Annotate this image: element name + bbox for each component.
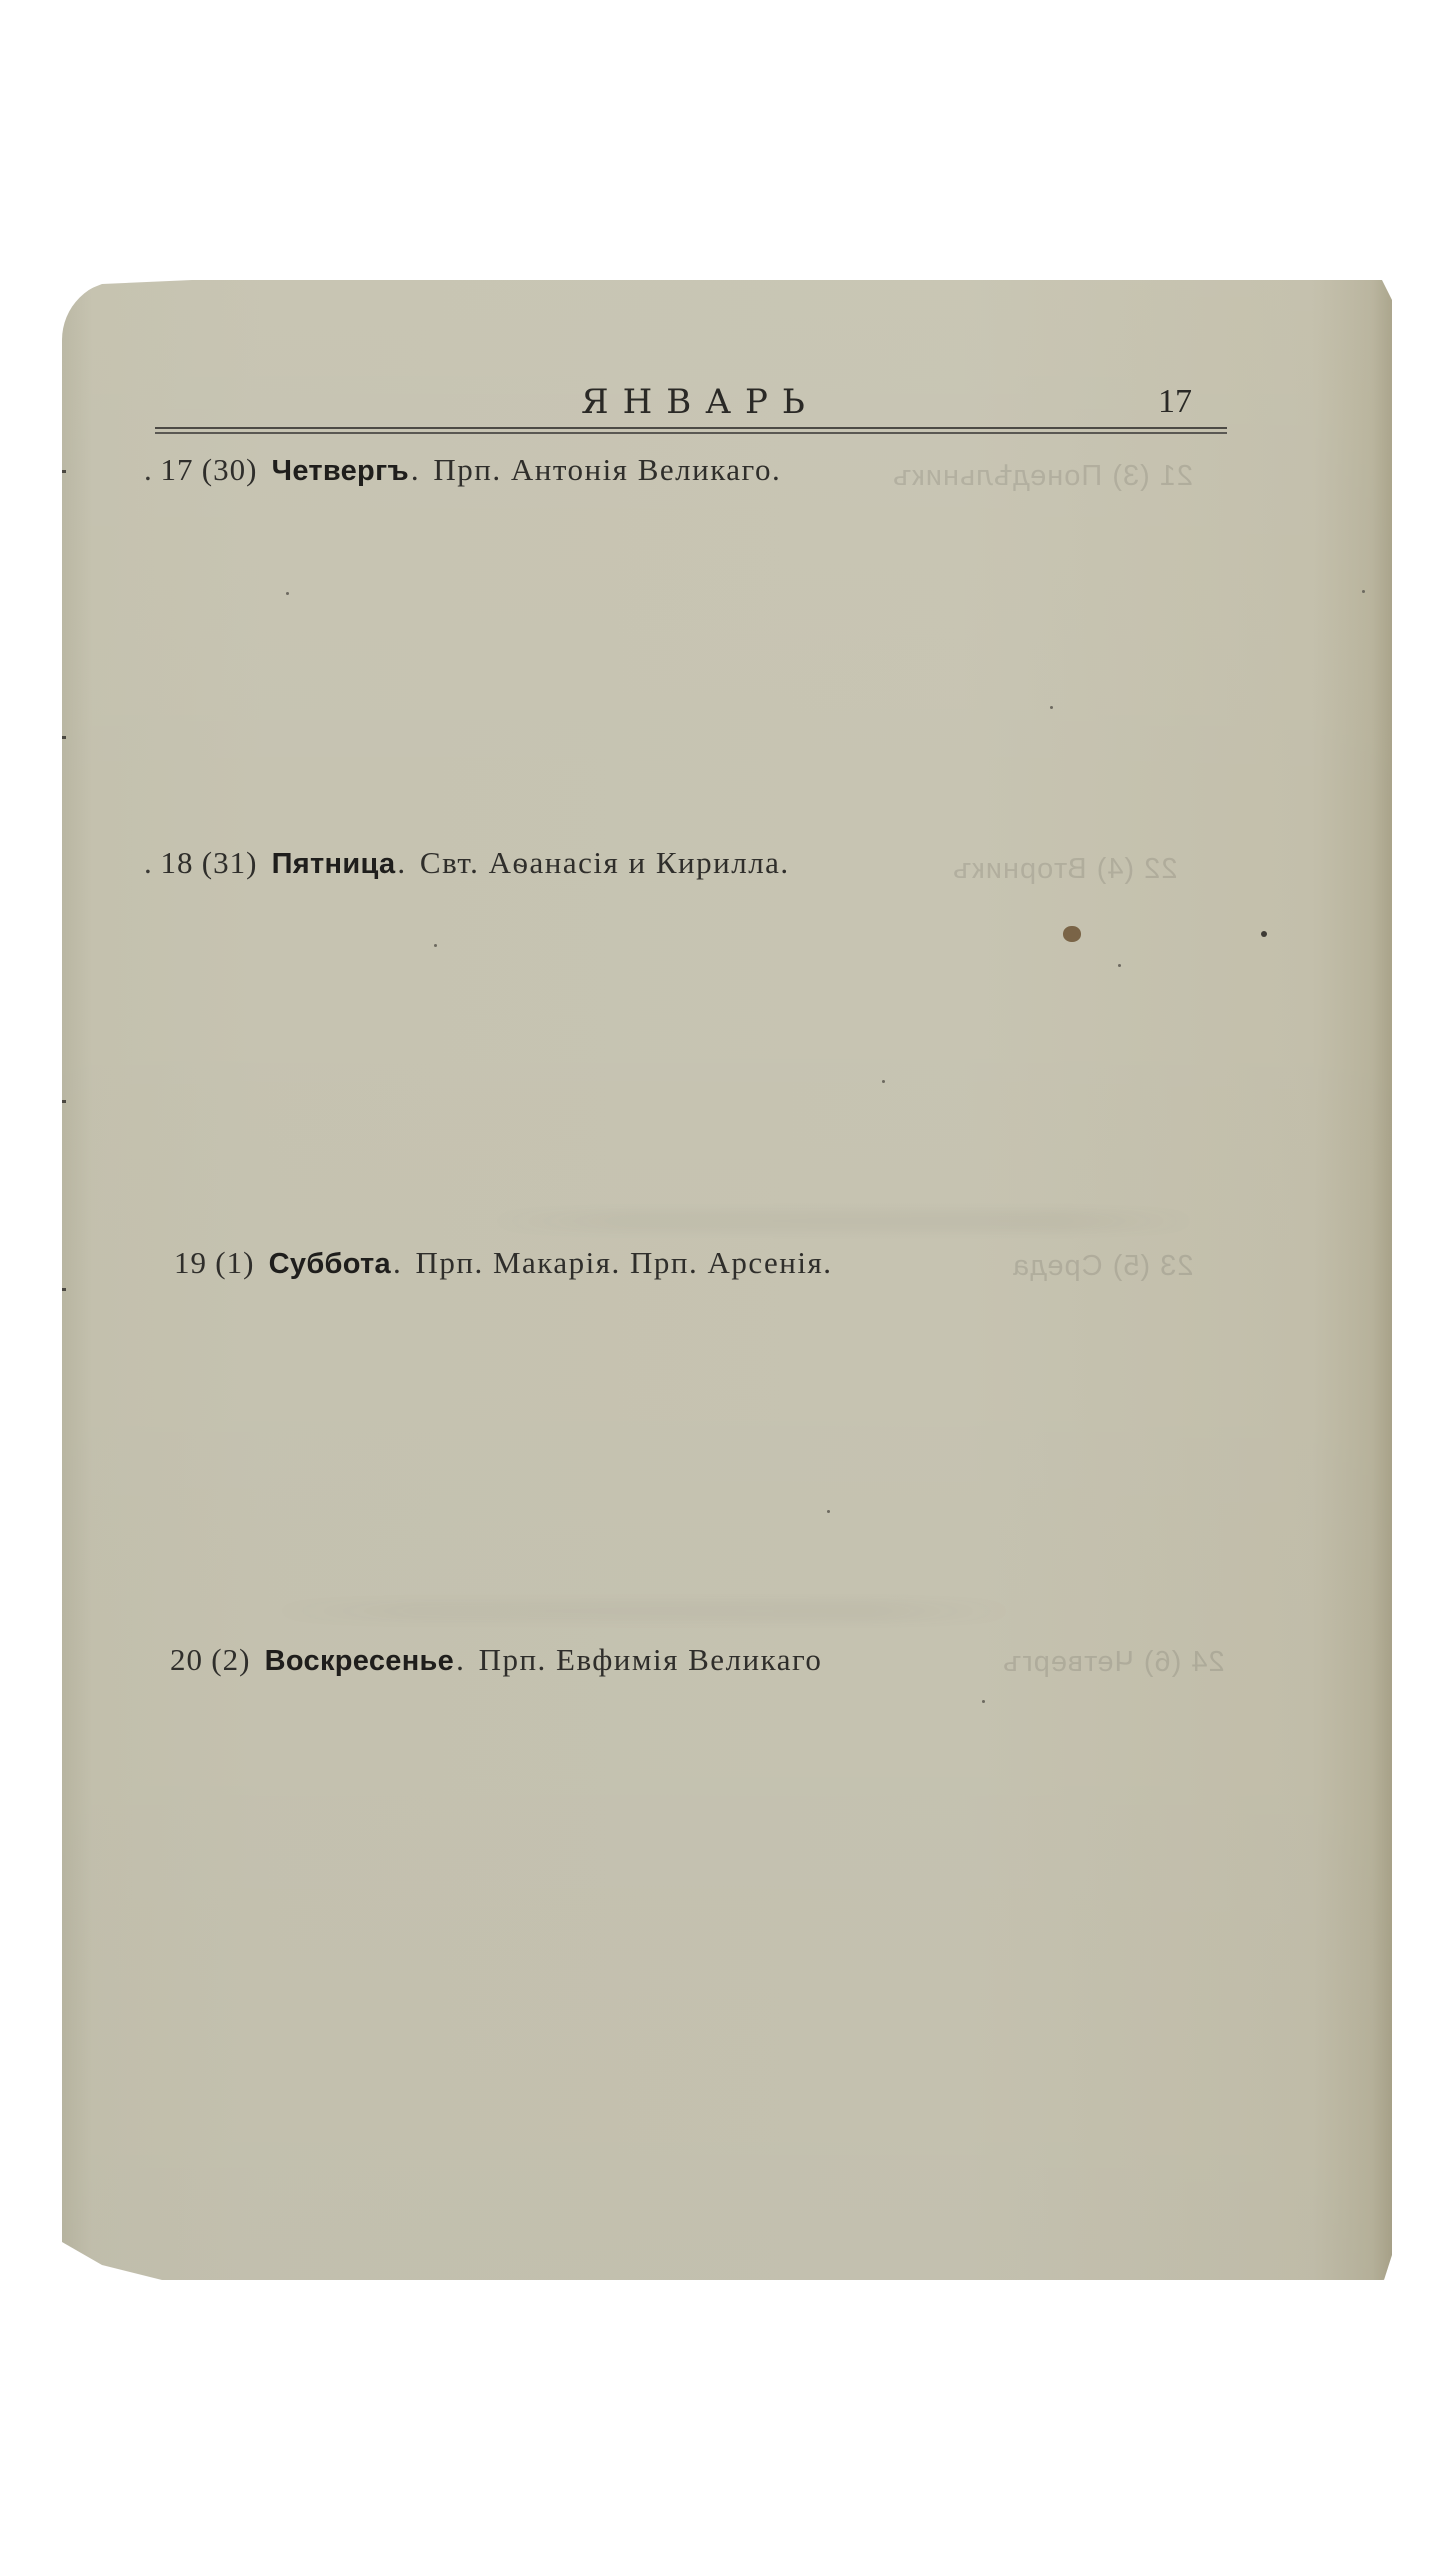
page-number: 17 <box>1158 383 1192 421</box>
entry-weekday: Суббота <box>269 1248 391 1280</box>
margin-dot: . <box>144 845 152 880</box>
entry-saints: Прп. Антонія Великаго. <box>433 452 781 487</box>
paper-speck <box>1118 964 1121 967</box>
edge-mark <box>62 1288 66 1291</box>
calendar-entry-20: 20 (2) Воскресенье. Прп. Евфимія Великаг… <box>170 1642 822 1678</box>
calendar-entry-17: . 17 (30) Четвергъ. Прп. Антонія Великаг… <box>144 452 781 488</box>
entry-weekday: Пятница <box>272 848 396 880</box>
edge-mark <box>62 470 66 473</box>
bleed-through-text: 21 (3) Понедѣльникъ <box>892 460 1193 493</box>
entry-new-style-date: (1) <box>215 1245 254 1280</box>
weekday-punct: . <box>456 1642 464 1677</box>
entry-saints: Свт. Аѳанасія и Кирилла. <box>420 845 790 880</box>
paper-speck <box>982 1700 985 1703</box>
paper-speck <box>1261 931 1267 937</box>
paper-speck <box>882 1080 885 1083</box>
paper-stain <box>1063 926 1081 942</box>
running-head-month: ЯНВАРЬ <box>540 382 860 422</box>
entry-date: 17 <box>161 452 194 487</box>
book-page: ЯНВАРЬ 17 21 (3) Понедѣльникъ 22 (4) Вто… <box>62 280 1392 2280</box>
entry-new-style-date: (2) <box>211 1642 250 1677</box>
edge-mark <box>62 736 66 739</box>
weekday-punct: . <box>411 452 419 487</box>
bleed-through-smudge <box>482 1210 1202 1232</box>
bleed-through-text: 22 (4) Вторникъ <box>952 853 1177 886</box>
paper-speck <box>286 592 289 595</box>
entry-weekday: Четвергъ <box>272 455 409 487</box>
edge-mark <box>62 1100 66 1103</box>
paper-speck <box>827 1510 830 1513</box>
bleed-through-text: 23 (5) Среда <box>1012 1250 1193 1283</box>
bleed-through-text: 24 (6) Четвергъ <box>1002 1646 1225 1679</box>
weekday-punct: . <box>393 1245 401 1280</box>
entry-new-style-date: (31) <box>202 845 258 880</box>
entry-date: 18 <box>161 845 194 880</box>
margin-dot: . <box>144 452 152 487</box>
entry-weekday: Воскресенье <box>265 1645 454 1677</box>
header-rule-bottom <box>155 432 1227 434</box>
entry-saints: Прп. Евфимія Великаго <box>479 1642 823 1677</box>
bleed-through-smudge <box>262 1600 1022 1622</box>
entry-date: 20 <box>170 1642 203 1677</box>
calendar-entry-19: 19 (1) Суббота. Прп. Макарія. Прп. Арсен… <box>174 1245 832 1281</box>
paper-speck <box>434 944 437 947</box>
entry-new-style-date: (30) <box>202 452 258 487</box>
header-rule-top <box>155 427 1227 429</box>
entry-date: 19 <box>174 1245 207 1280</box>
entry-saints: Прп. Макарія. Прп. Арсенія. <box>415 1245 832 1280</box>
paper-speck <box>1362 590 1365 593</box>
paper-speck <box>278 220 281 223</box>
weekday-punct: . <box>397 845 405 880</box>
paper-speck <box>1050 706 1053 709</box>
calendar-entry-18: . 18 (31) Пятница. Свт. Аѳанасія и Кирил… <box>144 845 790 881</box>
